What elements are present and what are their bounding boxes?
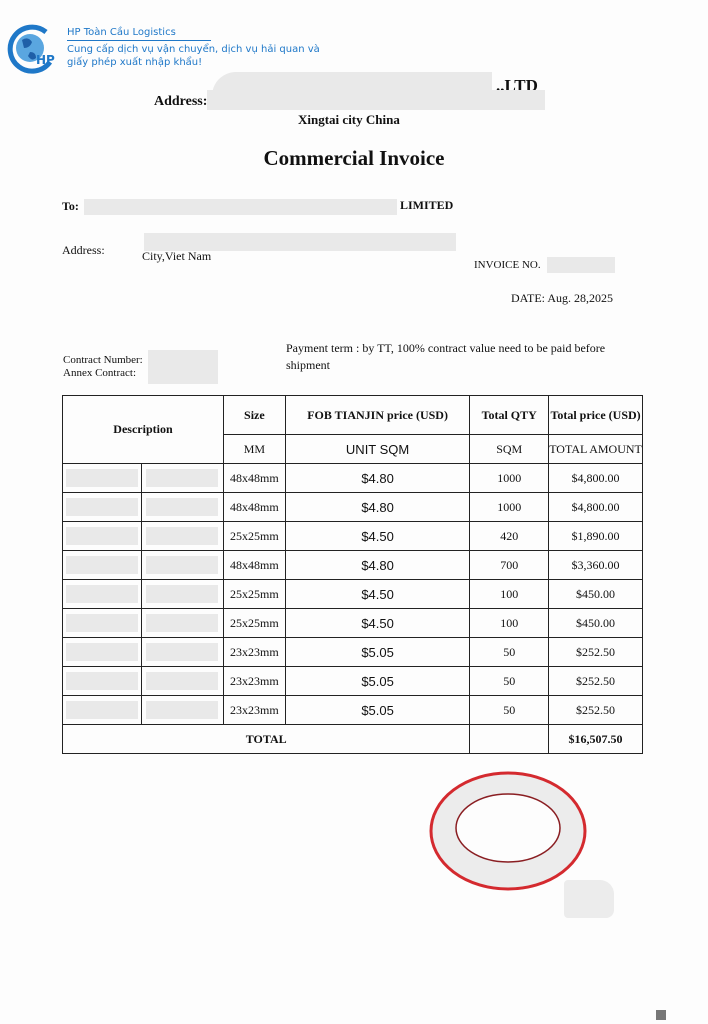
row-size: 23x23mm [223,667,285,696]
redacted-description [63,522,142,551]
header-total: Total price (USD) [549,396,643,435]
row-qty: 1000 [470,493,549,522]
redacted-signature [564,880,614,918]
redacted-seller-address [207,90,545,110]
seller-city: Xingtai city China [298,112,400,128]
redacted-description [63,580,142,609]
row-amount: $450.00 [549,609,643,638]
row-qty: 420 [470,522,549,551]
brand-divider [67,40,211,41]
annex-contract-label: Annex Contract: [63,367,143,380]
redacted-description-detail [141,551,223,580]
redacted-description-detail [141,667,223,696]
row-amount: $4,800.00 [549,493,643,522]
row-qty: 100 [470,580,549,609]
buyer-name-suffix: LIMITED [400,198,453,213]
brand-name: HP Toàn Cầu Logistics [67,27,176,38]
table-row: 25x25mm$4.50100$450.00 [63,580,643,609]
subheader-qty: SQM [470,435,549,464]
table-row: 25x25mm$4.50100$450.00 [63,609,643,638]
row-size: 25x25mm [223,580,285,609]
brand-tagline: Cung cấp dịch vụ vận chuyển, dịch vụ hải… [67,43,327,69]
company-stamp [428,770,588,892]
date-label: DATE: [511,291,545,305]
row-unit-price: $4.80 [285,493,469,522]
row-qty: 50 [470,696,549,725]
document-title: Commercial Invoice [0,146,708,171]
header-description: Description [63,396,224,464]
row-size: 23x23mm [223,696,285,725]
row-unit-price: $5.05 [285,638,469,667]
row-unit-price: $5.05 [285,696,469,725]
redacted-description-detail [141,493,223,522]
row-amount: $252.50 [549,667,643,696]
row-qty: 700 [470,551,549,580]
row-amount: $1,890.00 [549,522,643,551]
row-amount: $4,800.00 [549,464,643,493]
row-amount: $252.50 [549,638,643,667]
row-unit-price: $4.80 [285,464,469,493]
redacted-description-detail [141,464,223,493]
row-qty: 1000 [470,464,549,493]
header-qty: Total QTY [470,396,549,435]
redacted-contract-numbers [148,350,218,384]
table-row: 48x48mm$4.801000$4,800.00 [63,493,643,522]
redacted-invoice-number [547,257,615,273]
redacted-description [63,551,142,580]
row-qty: 50 [470,638,549,667]
globe-logo-icon: HP [6,24,56,74]
invoice-table: Description Size FOB TIANJIN price (USD)… [62,395,643,754]
header-size: Size [223,396,285,435]
redacted-description [63,696,142,725]
row-unit-price: $4.50 [285,580,469,609]
row-qty: 100 [470,609,549,638]
invoice-date: DATE: Aug. 28,2025 [511,291,613,306]
row-amount: $450.00 [549,580,643,609]
redacted-description-detail [141,580,223,609]
redacted-description-detail [141,522,223,551]
redacted-description [63,464,142,493]
row-size: 48x48mm [223,464,285,493]
row-size: 25x25mm [223,522,285,551]
subheader-price: UNIT SQM [285,435,469,464]
redacted-description-detail [141,696,223,725]
row-size: 48x48mm [223,493,285,522]
qr-code-icon [656,1010,666,1020]
redacted-description [63,638,142,667]
table-row: 48x48mm$4.801000$4,800.00 [63,464,643,493]
total-qty-empty [470,725,549,754]
payment-term: Payment term : by TT, 100% contract valu… [286,340,646,374]
redacted-description [63,667,142,696]
table-row: 23x23mm$5.0550$252.50 [63,667,643,696]
row-unit-price: $5.05 [285,667,469,696]
header-price: FOB TIANJIN price (USD) [285,396,469,435]
redacted-description-detail [141,609,223,638]
redacted-description [63,493,142,522]
table-row: 25x25mm$4.50420$1,890.00 [63,522,643,551]
subheader-total: TOTAL AMOUNT [549,435,643,464]
redacted-description-detail [141,638,223,667]
table-row: 48x48mm$4.80700$3,360.00 [63,551,643,580]
invoice-number-label: INVOICE NO. [474,259,541,271]
row-unit-price: $4.50 [285,609,469,638]
row-unit-price: $4.80 [285,551,469,580]
row-amount: $3,360.00 [549,551,643,580]
total-label: TOTAL [63,725,470,754]
row-size: 48x48mm [223,551,285,580]
contract-number-label: Contract Number: [63,354,143,367]
table-row: 23x23mm$5.0550$252.50 [63,638,643,667]
date-value: Aug. 28,2025 [547,291,613,305]
seller-address-label: Address: [154,94,207,110]
contract-info: Contract Number: Annex Contract: [63,354,143,380]
row-qty: 50 [470,667,549,696]
buyer-address-label: Address: [62,243,105,258]
row-amount: $252.50 [549,696,643,725]
total-amount: $16,507.50 [549,725,643,754]
row-unit-price: $4.50 [285,522,469,551]
redacted-buyer-name [84,199,397,215]
table-row: 23x23mm$5.0550$252.50 [63,696,643,725]
svg-text:HP: HP [36,53,55,67]
subheader-size: MM [223,435,285,464]
buyer-to-label: To: [62,199,79,214]
buyer-city: City,Viet Nam [142,249,211,264]
row-size: 23x23mm [223,638,285,667]
row-size: 25x25mm [223,609,285,638]
redacted-description [63,609,142,638]
